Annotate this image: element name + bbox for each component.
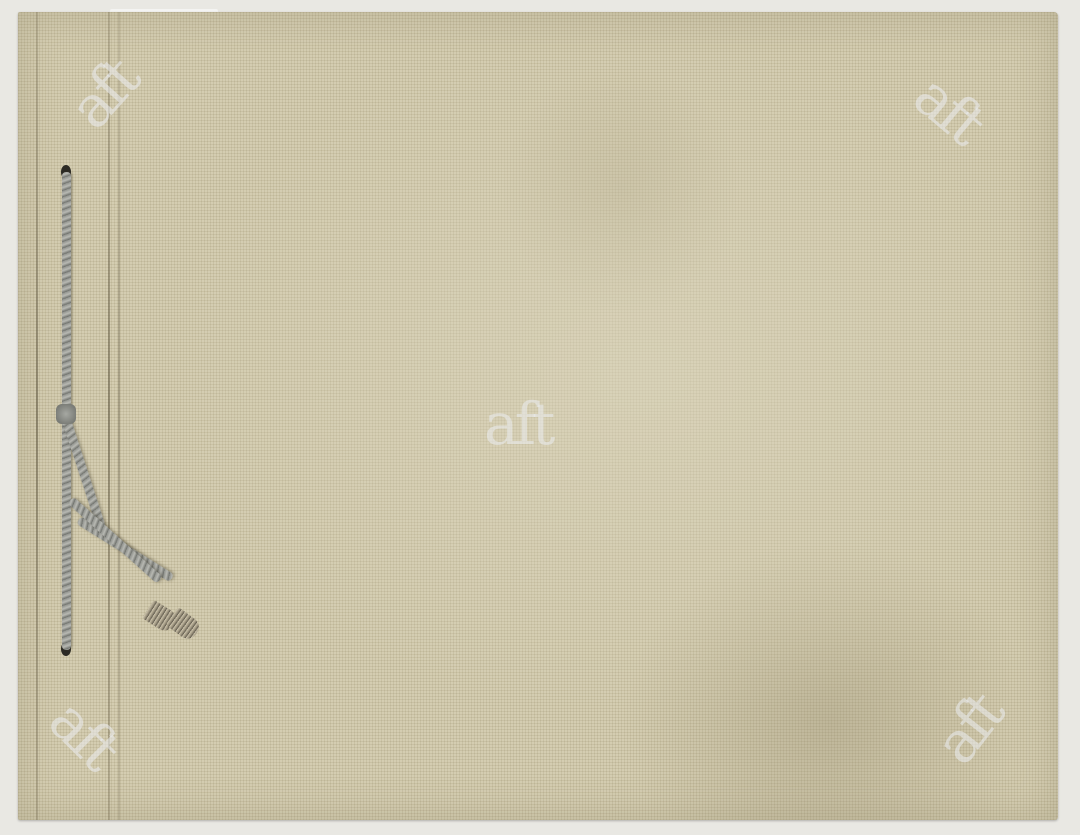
spine-edge bbox=[36, 12, 38, 820]
watermark-center: aft bbox=[484, 395, 551, 453]
cord-knot bbox=[56, 404, 76, 424]
spine-fold-line-2 bbox=[118, 12, 120, 820]
